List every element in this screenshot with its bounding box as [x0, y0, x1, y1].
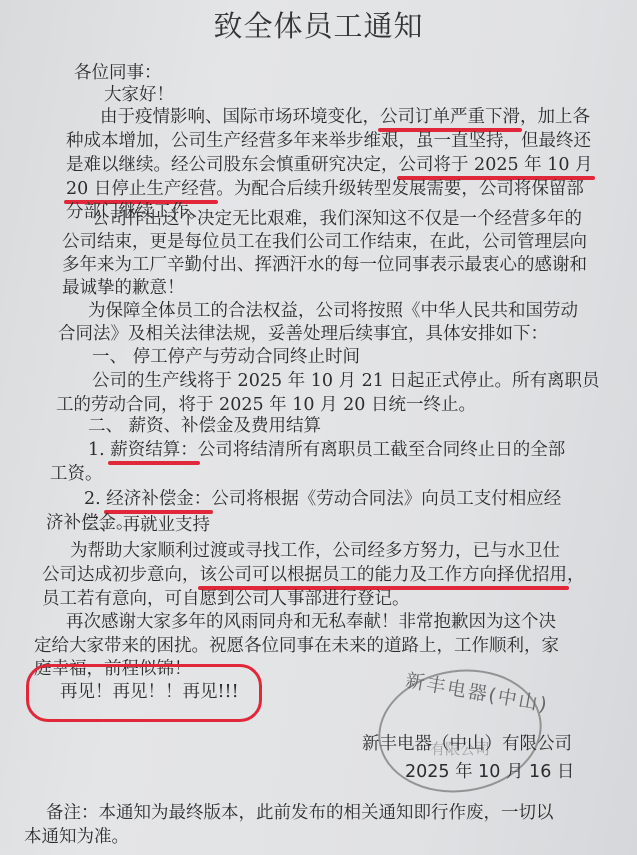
para1-line4: 20 日停止生产经营。为配合后续升级转型发展需要，公司将保留部 [66, 178, 584, 200]
salutation: 各位同事： [74, 62, 162, 84]
closing-line2: 定给大家带来的困扰。祝愿各位同事在未来的道路上，工作顺利，家 [34, 635, 559, 657]
para2-line4: 最诚挚的歉意！ [62, 277, 185, 299]
remark-line1: 备注：本通知为最终版本，此前发布的相关通知即行作废，一切以 [46, 802, 554, 824]
highlight-stop-production: 20 日停止生产经营 [66, 178, 216, 200]
highlight-salary-settlement: 薪资结算： [110, 439, 198, 461]
section3-line1: 为帮助大家顺利过渡或寻找工作，公司经多方努力，已与水卫仕 [70, 540, 560, 562]
para3-line2: 合同法》及相关法律法规，妥善处理后续事宜，具体安排如下： [58, 323, 548, 345]
para1-line3: 是难以继续。经公司股东会慎重研究决定，公司将于 2025 年 10 月 [66, 154, 593, 176]
highlight-reemployment: 该公司可以根据员工的能力及工作方向择优招用 [200, 564, 568, 586]
closing-line1: 再次感谢大家多年的风雨同舟和无私奉献！非常抱歉因为这个决 [66, 611, 556, 633]
highlight-order-decline: 公司订单严重下滑 [380, 106, 520, 128]
highlight-compensation: 经济补偿金： [106, 488, 211, 510]
notice-document: 致全体员工通知 各位同事： 大家好！ 由于疫情影响、国际市场环境变化，公司订单严… [0, 0, 637, 855]
section2-heading: 二、 薪资、补偿金及费用结算 [88, 415, 321, 437]
text: 公司达成初步意向， [42, 565, 200, 585]
text: 。为配合后续升级转型发展需要，公司将保留部 [216, 179, 584, 199]
section3-line3: 员工若有意向，可自愿到公司人事部进行登记。 [42, 588, 410, 610]
highlight-stop-date: 公司将于 2025 年 10 月 [399, 154, 593, 176]
text: 公司将结清所有离职员工截至合同终止日的全部 [198, 440, 566, 460]
document-title: 致全体员工通知 [0, 4, 637, 45]
text: ，加上各 [520, 107, 590, 127]
section1-heading: 一、 停工停产与劳动合同终止时间 [92, 346, 360, 368]
section1-line1: 公司的生产线将于 2025 年 10 月 21 日起正式停止。所有离职员 [92, 370, 599, 392]
para2-line2: 公司结束，更是每位员工在我们公司工作结束，在此，公司管理层向 [62, 231, 587, 253]
text: 是难以继续。经公司股东会慎重研究决定， [66, 155, 399, 175]
item-number: 2. [84, 489, 106, 509]
text: 由于疫情影响、国际市场环境变化， [100, 107, 380, 127]
para2-line1: 公司作出这个决定无比艰难，我们深知这不仅是一个经营多年的 [92, 208, 582, 230]
section2-item1-line2: 工资。 [50, 463, 103, 485]
text: 公司将根据《劳动合同法》向员工支付相应经 [211, 489, 561, 509]
section3-heading: 三、 再就业支持 [82, 514, 210, 536]
text: ， [567, 565, 585, 585]
remark-line2: 本通知为准。 [24, 826, 129, 848]
section2-item1: 1. 薪资结算：公司将结清所有离职员工截至合同终止日的全部 [88, 439, 565, 461]
farewell-text: 再见！再见！！再见!!! [60, 681, 239, 703]
para3-line1: 为保障全体员工的合法权益，公司将按照《中华人民共和国劳动 [88, 300, 578, 322]
para1-line2: 种成本增加，公司生产经营多年来举步维艰，虽一直坚持，但最终还 [66, 130, 591, 152]
signature-date: 2025 年 10 月 16 日 [405, 758, 574, 783]
item-number: 1. [88, 440, 110, 460]
signature-company: 新丰电器（中山）有限公司 [362, 730, 572, 755]
section3-line2: 公司达成初步意向，该公司可以根据员工的能力及工作方向择优招用， [42, 564, 585, 586]
greeting: 大家好！ [104, 84, 174, 106]
para2-line3: 多年来为工厂辛勤付出、挥洒汗水的每一位同事表示最衷心的感谢和 [62, 254, 587, 276]
section2-item2: 2. 经济补偿金：公司将根据《劳动合同法》向员工支付相应经 [84, 488, 561, 510]
para1-line1: 由于疫情影响、国际市场环境变化，公司订单严重下滑，加上各 [100, 106, 590, 128]
section1-line2: 工的劳动合同，将于 2025 年 10 月 20 日统一终止。 [56, 394, 476, 416]
